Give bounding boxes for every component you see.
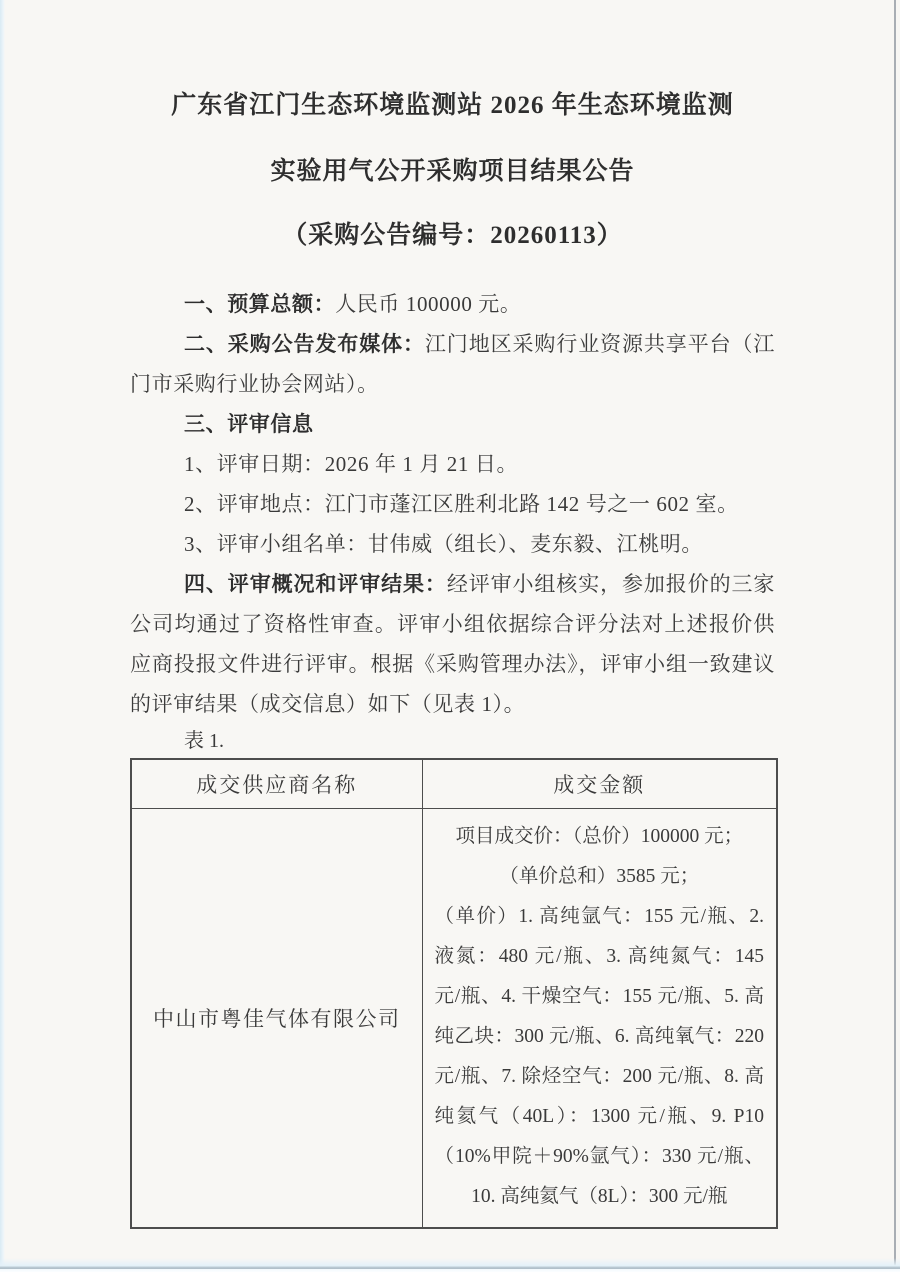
document-text-block: 一、预算总额：人民币 100000 元。 二、采购公告发布媒体：江门地区采购行业… [130,284,775,724]
award-result-table: 成交供应商名称 成交金额 中山市粤佳气体有限公司 项目成交价：（总价）10000… [130,758,778,1229]
paragraph-announcement-media-label: 二、采购公告发布媒体： [184,332,425,356]
document-body: 广东省江门生态环境监测站 2026 年生态环境监测 实验用气公开采购项目结果公告… [130,0,775,1229]
document-title-line-2: 实验用气公开采购项目结果公告 [130,154,775,190]
paragraph-review-info-heading-label: 三、评审信息 [184,412,314,436]
paragraph-review-location: 2、评审地点：江门市蓬江区胜利北路 142 号之一 602 室。 [130,484,775,524]
total-price-line: 项目成交价：（总价）100000 元； [435,817,764,857]
paragraph-review-location-text: 2、评审地点：江门市蓬江区胜利北路 142 号之一 602 室。 [184,492,739,516]
paragraph-review-result-label: 四、评审概况和评审结果： [184,572,447,596]
paragraph-budget-total: 一、预算总额：人民币 100000 元。 [130,284,775,324]
table-row: 中山市粤佳气体有限公司 项目成交价：（总价）100000 元； （单价总和）35… [131,809,777,1229]
paragraph-budget-total-label: 一、预算总额： [184,292,335,316]
paragraph-review-panel-text: 3、评审小组名单：甘伟威（组长）、麦东毅、江桃明。 [184,532,703,556]
unit-prices-detail: （单价）1. 高纯氩气：155 元/瓶、2. 液氮：480 元/瓶、3. 高纯氮… [435,897,764,1217]
paragraph-review-info-heading: 三、评审信息 [130,404,775,444]
paragraph-budget-total-text: 人民币 100000 元。 [335,292,521,316]
paragraph-review-panel: 3、评审小组名单：甘伟威（组长）、麦东毅、江桃明。 [130,524,775,564]
document-title-line-1: 广东省江门生态环境监测站 2026 年生态环境监测 [130,88,775,124]
paragraph-review-result: 四、评审概况和评审结果：经评审小组核实，参加报价的三家公司均通过了资格性审查。评… [130,564,775,724]
column-header-supplier-name: 成交供应商名称 [131,759,422,809]
document-title-notice-number: （采购公告编号：20260113） [130,218,775,254]
paragraph-review-date: 1、评审日期：2026 年 1 月 21 日。 [130,444,775,484]
supplier-name-cell: 中山市粤佳气体有限公司 [131,809,422,1229]
unit-price-sum-line: （单价总和）3585 元； [435,857,764,897]
column-header-award-amount: 成交金额 [422,759,777,809]
scan-edge-bottom-artifact [0,1258,900,1272]
paragraph-review-date-text: 1、评审日期：2026 年 1 月 21 日。 [184,452,518,476]
table-header-row: 成交供应商名称 成交金额 [131,759,777,809]
scanned-document-page: 广东省江门生态环境监测站 2026 年生态环境监测 实验用气公开采购项目结果公告… [0,0,900,1272]
scan-edge-right-artifact [894,0,896,1272]
award-amount-cell: 项目成交价：（总价）100000 元； （单价总和）3585 元； （单价）1.… [422,809,777,1229]
scan-edge-left-artifact [0,0,5,1272]
paragraph-announcement-media: 二、采购公告发布媒体：江门地区采购行业资源共享平台（江门市采购行业协会网站）。 [130,324,775,404]
table-caption: 表 1. [130,728,775,754]
